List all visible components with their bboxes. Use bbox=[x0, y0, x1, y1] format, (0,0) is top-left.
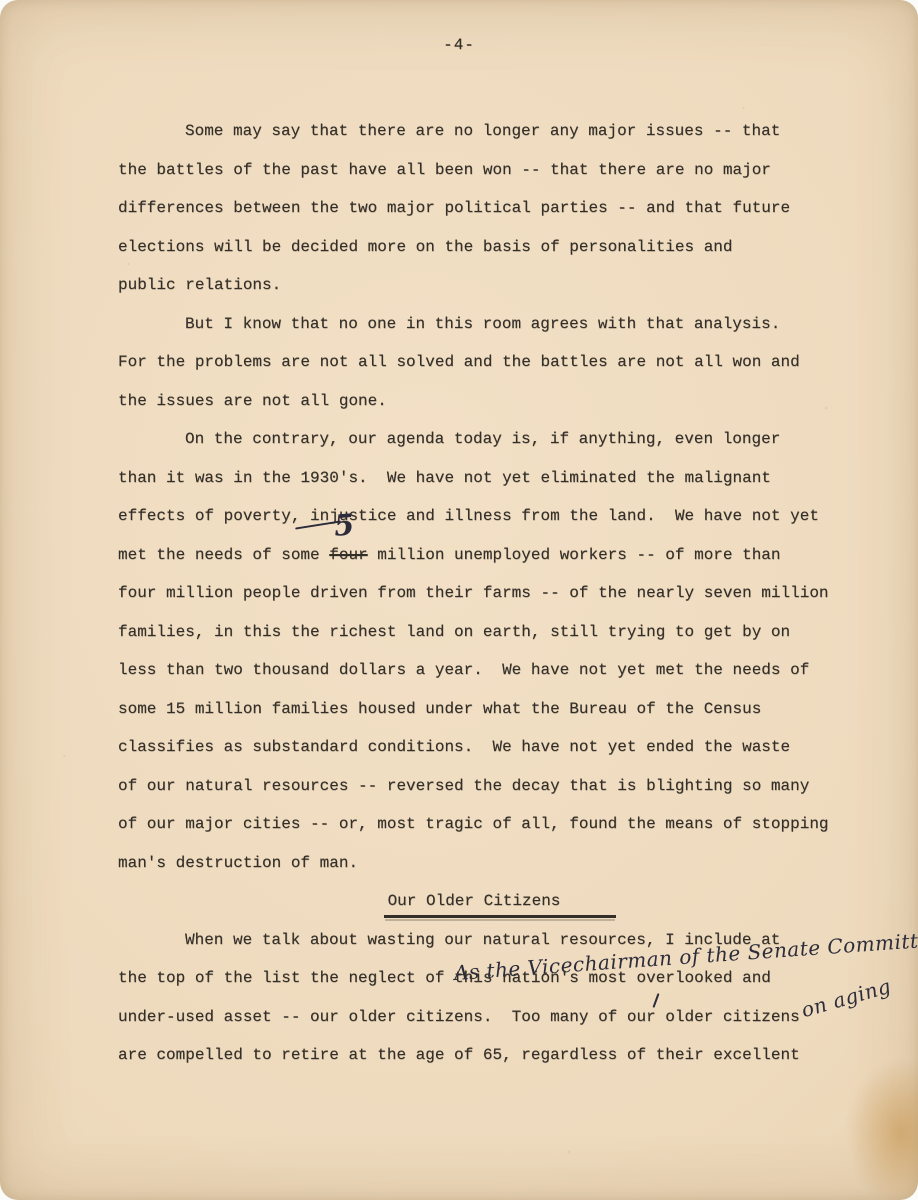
section-heading-text: Our Older Citizens bbox=[388, 882, 561, 921]
text-line: some 15 million families housed under wh… bbox=[118, 690, 830, 729]
text-line: differences between the two major politi… bbox=[118, 189, 830, 228]
photo-background: -4- Some may say that there are no longe… bbox=[0, 0, 918, 1200]
document-body: Some may say that there are no longer an… bbox=[118, 112, 830, 1075]
text-line: under-used asset -- our older citizens. … bbox=[118, 998, 830, 1037]
text-line: man's destruction of man. bbox=[118, 844, 830, 883]
text-line: elections will be decided more on the ba… bbox=[118, 228, 830, 267]
paper-stain bbox=[846, 1058, 918, 1200]
text-line: Some may say that there are no longer an… bbox=[118, 112, 830, 151]
text-line: But I know that no one in this room agre… bbox=[118, 305, 830, 344]
text-line: classifies as substandard conditions. We… bbox=[118, 728, 830, 767]
page-number: -4- bbox=[0, 36, 918, 54]
text-line: families, in this the richest land on ea… bbox=[118, 613, 830, 652]
struck-word: four bbox=[329, 546, 367, 564]
text-line: On the contrary, our agenda today is, if… bbox=[118, 420, 830, 459]
text-line: met the needs of some four million unemp… bbox=[118, 536, 830, 575]
text-line: of our major cities -- or, most tragic o… bbox=[118, 805, 830, 844]
document-page: -4- Some may say that there are no longe… bbox=[0, 0, 918, 1200]
text-line: effects of poverty, injustice and illnes… bbox=[118, 497, 830, 536]
handwritten-insertion-number: 5 bbox=[333, 510, 356, 541]
text-line: four million people driven from their fa… bbox=[118, 574, 830, 613]
text-line: public relations. bbox=[118, 266, 830, 305]
section-heading: Our Older Citizens bbox=[118, 882, 830, 921]
text-line: than it was in the 1930's. We have not y… bbox=[118, 459, 830, 498]
text-line: the battles of the past have all been wo… bbox=[118, 151, 830, 190]
text-line: of our natural resources -- reversed the… bbox=[118, 767, 830, 806]
text-line: For the problems are not all solved and … bbox=[118, 343, 830, 382]
text-line: the issues are not all gone. bbox=[118, 382, 830, 421]
text-line: less than two thousand dollars a year. W… bbox=[118, 651, 830, 690]
text-line: are compelled to retire at the age of 65… bbox=[118, 1036, 830, 1075]
